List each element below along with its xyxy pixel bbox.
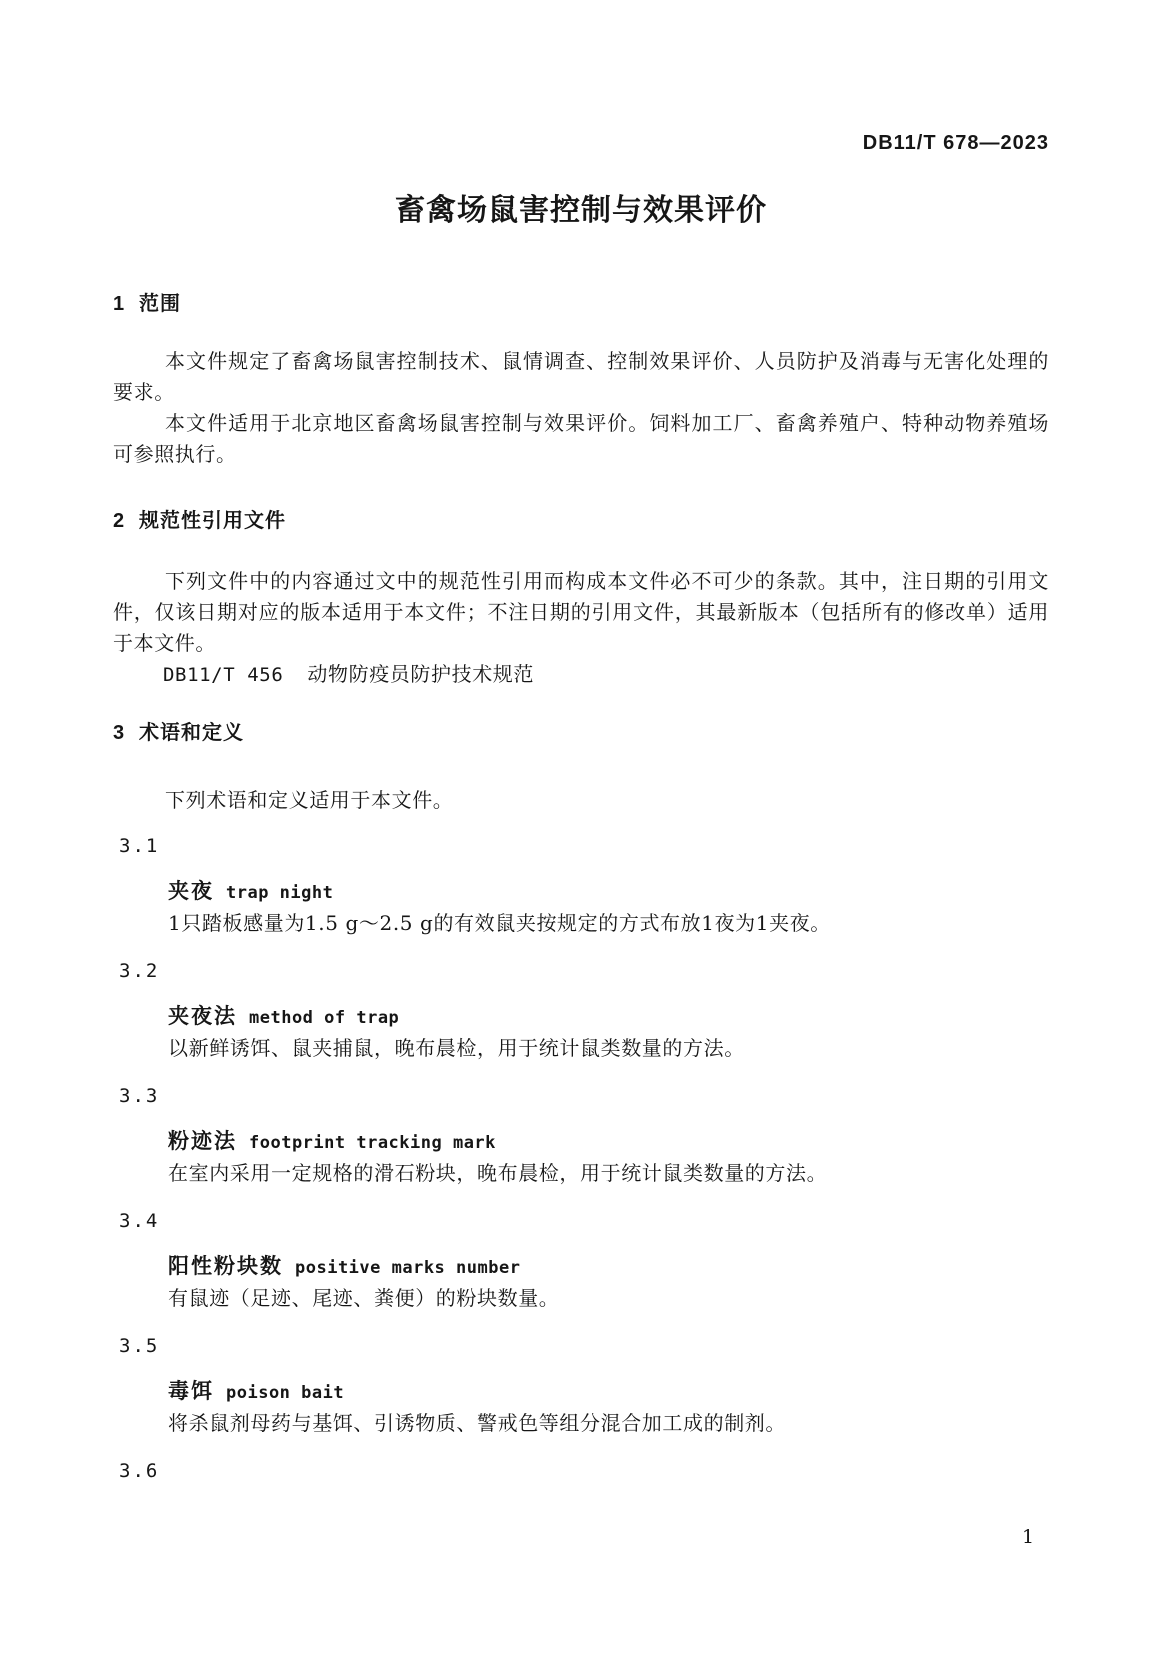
term-3-3-definition: 在室内采用一定规格的滑石粉块，晚布晨检，用于统计鼠类数量的方法。 <box>113 1158 1049 1189</box>
section-1-paragraph-2: 本文件适用于北京地区畜禽场鼠害控制与效果评价。饲料加工厂、畜禽养殖户、特种动物养… <box>113 408 1049 470</box>
section-2-heading: 2规范性引用文件 <box>113 510 1049 532</box>
section-2-title: 规范性引用文件 <box>139 510 286 532</box>
document-content: DB11/T 678—2023 畜禽场鼠害控制与效果评价 1范围 本文件规定了畜… <box>113 0 1049 1482</box>
section-1-number: 1 <box>113 293 139 315</box>
term-3-6-number: 3.6 <box>113 1460 1049 1482</box>
term-3-2: 3.2 夹夜法method of trap 以新鲜诱饵、鼠夹捕鼠，晚布晨检，用于… <box>113 960 1049 1064</box>
term-3-2-zh: 夹夜法 <box>168 1005 237 1028</box>
document-page: DB11/T 678—2023 畜禽场鼠害控制与效果评价 1范围 本文件规定了畜… <box>0 0 1160 1661</box>
section-3-heading: 3术语和定义 <box>113 722 1049 744</box>
section-1-paragraph-1: 本文件规定了畜禽场鼠害控制技术、鼠情调查、控制效果评价、人员防护及消毒与无害化处… <box>113 346 1049 408</box>
section-3-title: 术语和定义 <box>139 722 244 744</box>
term-3-4-head: 阳性粉块数positive marks number <box>113 1256 1049 1279</box>
term-3-4: 3.4 阳性粉块数positive marks number 有鼠迹（足迹、尾迹… <box>113 1210 1049 1314</box>
section-3-number: 3 <box>113 722 139 744</box>
term-3-5: 3.5 毒饵poison bait 将杀鼠剂母药与基饵、引诱物质、警戒色等组分混… <box>113 1335 1049 1439</box>
term-3-3-en: footprint tracking mark <box>249 1133 496 1153</box>
term-3-2-head: 夹夜法method of trap <box>113 1006 1049 1029</box>
term-3-1-zh: 夹夜 <box>168 880 214 903</box>
section-2-paragraph: 下列文件中的内容通过文中的规范性引用而构成本文件必不可少的条款。其中，注日期的引… <box>113 566 1049 659</box>
term-3-6: 3.6 <box>113 1460 1049 1482</box>
term-3-4-zh: 阳性粉块数 <box>168 1255 283 1278</box>
term-3-4-en: positive marks number <box>295 1258 520 1278</box>
term-3-5-head: 毒饵poison bait <box>113 1381 1049 1404</box>
term-3-2-definition: 以新鲜诱饵、鼠夹捕鼠，晚布晨检，用于统计鼠类数量的方法。 <box>113 1033 1049 1064</box>
term-3-5-definition: 将杀鼠剂母药与基饵、引诱物质、警戒色等组分混合加工成的制剂。 <box>113 1408 1049 1439</box>
term-3-1-definition: 1只踏板感量为1.5 g～2.5 g的有效鼠夹按规定的方式布放1夜为1夹夜。 <box>113 908 1049 939</box>
section-1-heading: 1范围 <box>113 293 1049 315</box>
term-3-4-definition: 有鼠迹（足迹、尾迹、粪便）的粉块数量。 <box>113 1283 1049 1314</box>
term-3-4-number: 3.4 <box>113 1210 1049 1232</box>
term-3-3-head: 粉迹法footprint tracking mark <box>113 1131 1049 1154</box>
page-number: 1 <box>1022 1526 1034 1548</box>
reference-title: 动物防疫员防护技术规范 <box>307 662 534 686</box>
term-3-5-en: poison bait <box>226 1383 344 1403</box>
term-3-1: 3.1 夹夜trap night 1只踏板感量为1.5 g～2.5 g的有效鼠夹… <box>113 835 1049 939</box>
normative-reference: DB11/T 456动物防疫员防护技术规范 <box>113 659 1049 691</box>
section-2-number: 2 <box>113 510 139 532</box>
term-3-5-zh: 毒饵 <box>168 1380 214 1403</box>
term-3-1-head: 夹夜trap night <box>113 881 1049 904</box>
term-3-2-number: 3.2 <box>113 960 1049 982</box>
term-3-3-number: 3.3 <box>113 1085 1049 1107</box>
reference-code: DB11/T 456 <box>163 664 283 686</box>
standard-code: DB11/T 678—2023 <box>113 131 1049 155</box>
term-3-5-number: 3.5 <box>113 1335 1049 1357</box>
term-3-2-en: method of trap <box>249 1008 399 1028</box>
document-title: 畜禽场鼠害控制与效果评价 <box>113 191 1049 231</box>
term-3-3: 3.3 粉迹法footprint tracking mark 在室内采用一定规格… <box>113 1085 1049 1189</box>
term-3-3-zh: 粉迹法 <box>168 1130 237 1153</box>
section-1-title: 范围 <box>139 293 181 315</box>
term-3-1-en: trap night <box>226 883 333 903</box>
term-3-1-number: 3.1 <box>113 835 1049 857</box>
section-3-intro: 下列术语和定义适用于本文件。 <box>113 785 1049 816</box>
